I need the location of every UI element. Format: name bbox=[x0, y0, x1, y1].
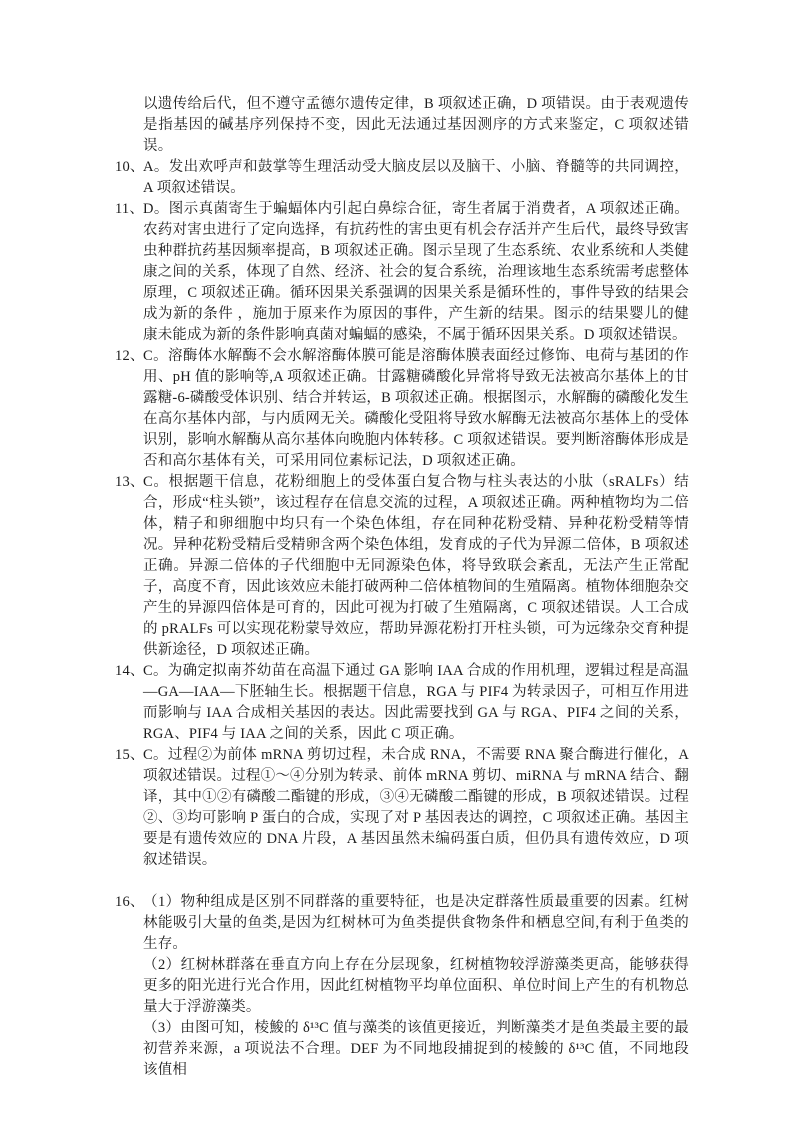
answer-item-15: 15、 C。过程②为前体 mRNA 剪切过程，未合成 RNA，不需要 RNA 聚… bbox=[115, 745, 689, 871]
answer-item-12: 12、 C。溶酶体水解酶不会水解溶酶体膜可能是溶酶体膜表面经过修饰、电荷与基团的… bbox=[115, 346, 689, 472]
document-page: 以遗传给后代，但不遵守孟德尔遗传定律，B 项叙述正确，D 项错误。由于表观遗传是… bbox=[0, 0, 800, 1131]
intro-continuation-paragraph: 以遗传给后代，但不遵守孟德尔遗传定律，B 项叙述正确，D 项错误。由于表观遗传是… bbox=[115, 94, 689, 157]
sub-answer-2: （2）红树林群落在垂直方向上存在分层现象，红树植物较浮游藻类更高，能够获得更多的… bbox=[143, 955, 689, 1018]
answer-key-text-block: 以遗传给后代，但不遵守孟德尔遗传定律，B 项叙述正确，D 项错误。由于表观遗传是… bbox=[115, 94, 689, 1081]
item-text: A。发出欢呼声和鼓掌等生理活动受大脑皮层以及脑干、小脑、脊髓等的共同调控，A 项… bbox=[143, 157, 689, 199]
item-text: C。根据题干信息，花粉细胞上的受体蛋白复合物与柱头表达的小肽（sRALFs）结合… bbox=[143, 472, 689, 661]
sub-answer-1: （1）物种组成是区别不同群落的重要特征，也是决定群落性质最重要的因素。红树林能吸… bbox=[143, 892, 689, 955]
item-number: 14、 bbox=[115, 661, 145, 682]
item-number: 11、 bbox=[115, 199, 144, 220]
answer-item-14: 14、 C。为确定拟南芥幼苗在高温下通过 GA 影响 IAA 合成的作用机理，逻… bbox=[115, 661, 689, 745]
answer-item-11: 11、 D。图示真菌寄生于蝙蝠体内引起白鼻综合征，寄生者属于消费者，A 项叙述正… bbox=[115, 199, 689, 346]
item-text: D。图示真菌寄生于蝙蝠体内引起白鼻综合征，寄生者属于消费者，A 项叙述正确。农药… bbox=[143, 199, 689, 346]
item-number: 16、 bbox=[115, 892, 145, 913]
sub-answer-3: （3）由图可知，棱鮻的 δ¹³C 值与藻类的该值更接近，判断藻类才是鱼类最主要的… bbox=[143, 1018, 689, 1081]
answer-item-16: 16、 （1）物种组成是区别不同群落的重要特征，也是决定群落性质最重要的因素。红… bbox=[115, 892, 689, 1081]
item-number: 15、 bbox=[115, 745, 145, 766]
item-number: 13、 bbox=[115, 472, 145, 493]
item-text: C。溶酶体水解酶不会水解溶酶体膜可能是溶酶体膜表面经过修饰、电荷与基团的作用、p… bbox=[143, 346, 689, 472]
paragraph-text: 以遗传给后代，但不遵守孟德尔遗传定律，B 项叙述正确，D 项错误。由于表观遗传是… bbox=[143, 94, 689, 157]
item-number: 10、 bbox=[115, 157, 145, 178]
answer-item-10: 10、 A。发出欢呼声和鼓掌等生理活动受大脑皮层以及脑干、小脑、脊髓等的共同调控… bbox=[115, 157, 689, 199]
answer-item-13: 13、 C。根据题干信息，花粉细胞上的受体蛋白复合物与柱头表达的小肽（sRALF… bbox=[115, 472, 689, 661]
item-text: C。过程②为前体 mRNA 剪切过程，未合成 RNA，不需要 RNA 聚合酶进行… bbox=[143, 745, 689, 871]
item-number: 12、 bbox=[115, 346, 145, 367]
item-text: C。为确定拟南芥幼苗在高温下通过 GA 影响 IAA 合成的作用机理，逻辑过程是… bbox=[143, 661, 689, 745]
